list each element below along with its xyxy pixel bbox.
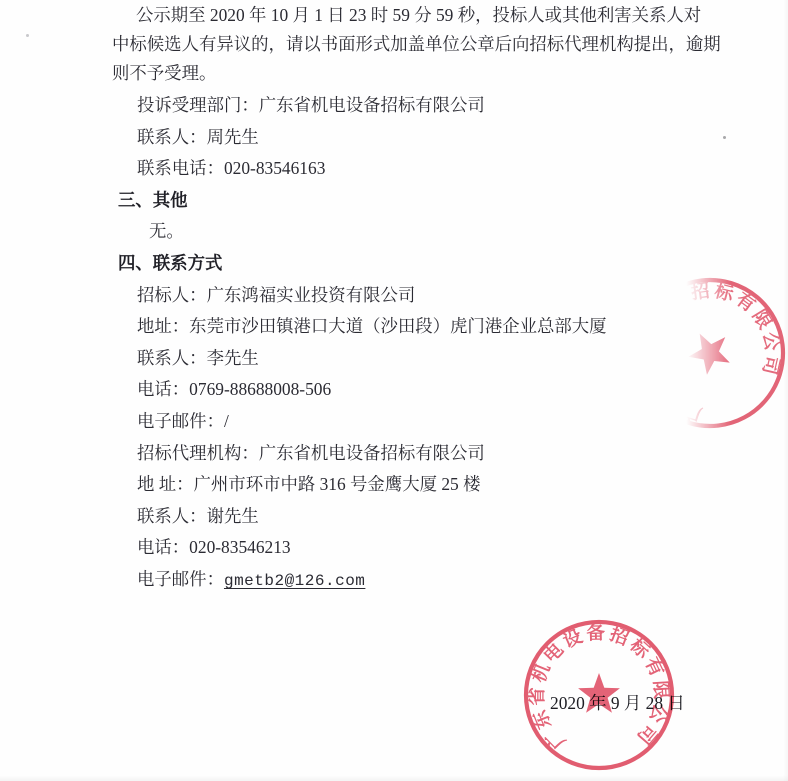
scan-edge-shadow [783,0,788,781]
scanned-document-page: 公示期至 2020 年 10 月 1 日 23 时 59 分 59 秒，投标人或… [0,0,788,781]
publicity-period-paragraph: 公示期至 2020 年 10 月 1 日 23 时 59 分 59 秒，投标人或… [112,1,772,88]
tenderer-contact-line: 联系人：李先生 [112,343,772,375]
tenderer-email-line: 电子邮件：/ [112,406,772,438]
agency-address-line: 地 址：广州市环市中路 316 号金鹰大厦 25 楼 [112,469,772,501]
agency-email-line: 电子邮件：gmetb2@126.com [112,564,772,596]
paragraph-line: 公示期至 2020 年 10 月 1 日 23 时 59 分 59 秒，投标人或… [112,1,772,30]
scan-edge-shadow [0,775,788,781]
paragraph-line: 则不予受理。 [112,59,772,88]
email-label: 电子邮件： [137,569,224,589]
signature-date: 2020 年 9 月 28 日 [550,689,685,714]
scan-artifact-dot [723,136,726,139]
section-other-body: 无。 [112,216,772,248]
tenderer-address-line: 地址：东莞市沙田镇港口大道（沙田段）虎门港企业总部大厦 [112,311,772,343]
agency-contact-line: 联系人：谢先生 [112,501,772,533]
paragraph-line: 中标候选人有异议的，请以书面形式加盖单位公章后向招标代理机构提出，逾期 [112,30,772,59]
section-heading-contact: 四、联系方式 [112,248,772,280]
agency-line: 招标代理机构：广东省机电设备招标有限公司 [112,438,772,470]
tenderer-phone-line: 电话：0769-88688008-506 [112,374,772,406]
agency-phone-line: 电话：020-83546213 [112,532,772,564]
document-body: 公示期至 2020 年 10 月 1 日 23 时 59 分 59 秒，投标人或… [112,1,772,596]
email-link[interactable]: gmetb2@126.com [224,572,365,590]
seal-company-text: 广东省机电设备招标有限公司 [526,622,672,754]
complaint-department-line: 投诉受理部门：广东省机电设备招标有限公司 [112,90,772,122]
document-lines: 投诉受理部门：广东省机电设备招标有限公司 联系人：周先生 联系电话：020-83… [112,90,772,596]
complaint-contact-line: 联系人：周先生 [112,122,772,154]
complaint-phone-line: 联系电话：020-83546163 [112,153,772,185]
tenderer-line: 招标人：广东鸿福实业投资有限公司 [112,280,772,312]
section-heading-other: 三、其他 [112,185,772,217]
scan-artifact-dot [26,34,29,37]
